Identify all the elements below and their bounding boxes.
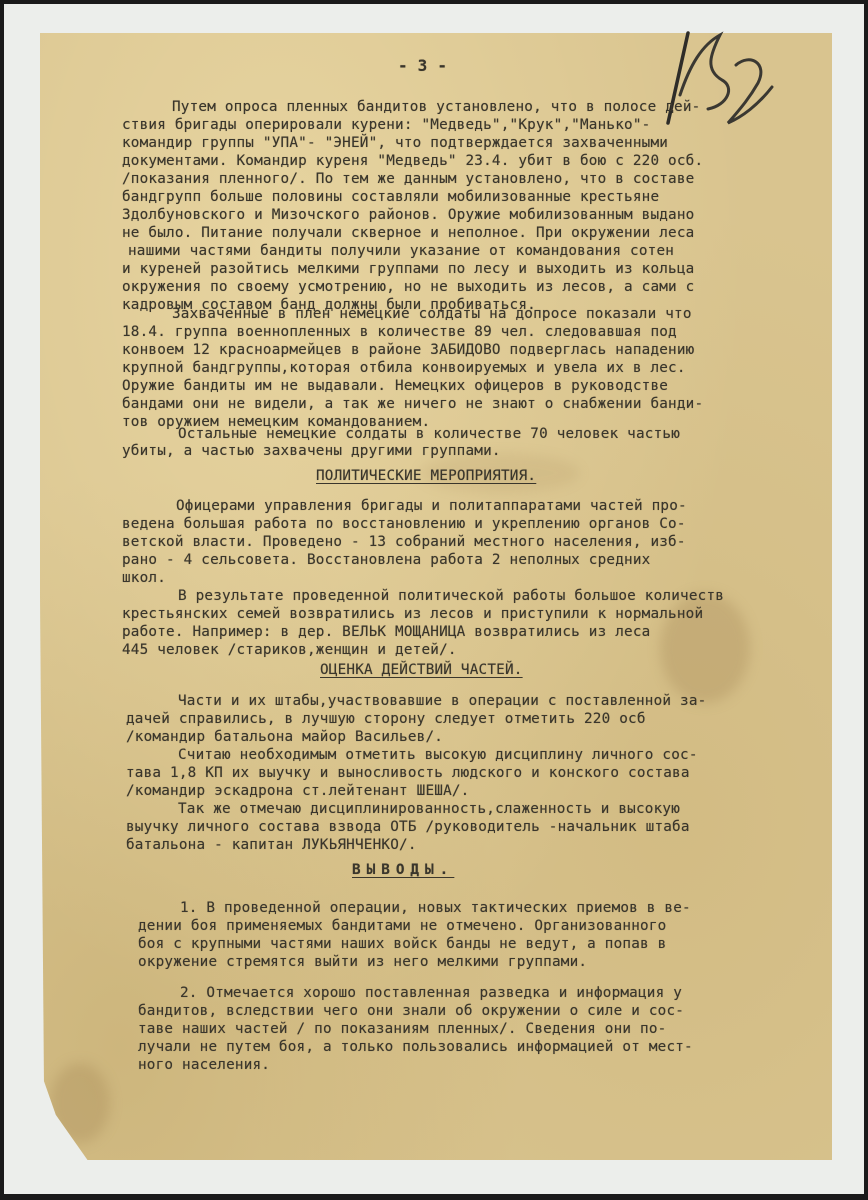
text-line: ветской власти. Проведено - 13 собраний … xyxy=(122,534,686,550)
text-line: Захваченные в плен немецкие солдаты на д… xyxy=(172,306,692,322)
text-line: бандами они не видели, а так же ничего н… xyxy=(122,396,703,412)
text-line: дачей справились, в лучшую сторону следу… xyxy=(126,711,646,727)
text-line: ного населения. xyxy=(138,1057,270,1073)
text-line: Путем опроса пленных бандитов установлен… xyxy=(172,99,700,115)
text-line: тава 1,8 КП их выучку и выносливость люд… xyxy=(126,765,690,781)
text-line: ствия бригады оперировали курени: "Медве… xyxy=(122,117,650,133)
text-line: бандитов, вследствии чего они знали об о… xyxy=(138,1003,684,1019)
text-line: окружение стремятся выйти из него мелким… xyxy=(138,954,587,970)
text-line: документами. Командир куреня "Медведь" 2… xyxy=(122,153,703,169)
text-line: крестьянских семей возвратились из лесов… xyxy=(122,606,703,622)
section-heading-political: ПОЛИТИЧЕСКИЕ МЕРОПРИЯТИЯ. xyxy=(316,468,536,484)
section-heading-assessment: ОЦЕНКА ДЕЙСТВИЙ ЧАСТЕЙ. xyxy=(320,662,523,678)
text-line: окружения по своему усмотрению, но не вы… xyxy=(122,279,694,295)
text-line: Офицерами управления бригады и политаппа… xyxy=(176,498,687,514)
text-line: Считаю необходимым отметить высокую дисц… xyxy=(178,747,698,763)
text-line: школ. xyxy=(122,570,166,586)
page-number: - 3 - xyxy=(398,58,447,74)
text-line: батальона - капитан ЛУКЬЯНЧЕНКО/. xyxy=(126,837,417,853)
text-line: крупной бандгруппы,которая отбила конвои… xyxy=(122,360,686,376)
text-line: бандгрупп больше половины составляли моб… xyxy=(122,189,659,205)
text-line: Так же отмечаю дисциплинированность,слаж… xyxy=(178,801,680,817)
text-line: конвоем 12 красноармейцев в районе ЗАБИД… xyxy=(122,342,694,358)
text-line: /командир эскадрона ст.лейтенант ШЕША/. xyxy=(126,783,470,799)
text-line: выучку личного состава взвода ОТБ /руков… xyxy=(126,819,690,835)
text-line: боя с крупными частями наших войск банды… xyxy=(138,936,666,952)
text-line: командир группы "УПА"- "ЭНЕЙ", что подтв… xyxy=(122,135,668,151)
text-line: не было. Питание получали скверное и неп… xyxy=(122,225,694,241)
text-line: лучали не путем боя, а только пользовали… xyxy=(138,1039,693,1055)
text-line: Оружие бандиты им не выдавали. Немецких … xyxy=(122,378,668,394)
text-line: и куреней разойтись мелкими группами по … xyxy=(122,261,694,277)
text-line: ведена большая работа по восстановлению … xyxy=(122,516,686,532)
text-line: 1. В проведенной операции, новых тактиче… xyxy=(180,900,691,916)
typewritten-text: - 3 - Путем опроса пленных бандитов уста… xyxy=(0,0,868,1200)
text-line: /командир батальона майор Васильев/. xyxy=(126,729,443,745)
text-line: 18.4. группа военнопленных в количестве … xyxy=(122,324,677,340)
text-line: Здолбуновского и Мизочского районов. Ору… xyxy=(122,207,694,223)
text-line: работе. Например: в дер. ВЕЛЬК МОЩАНИЦА … xyxy=(122,624,650,640)
text-line: дении боя применяемых бандитами не отмеч… xyxy=(138,918,666,934)
section-heading-conclusions: ВЫВОДЫ. xyxy=(352,862,454,878)
text-line: нашими частями бандиты получили указание… xyxy=(128,243,674,259)
text-line: /показания пленного/. По тем же данным у… xyxy=(122,171,694,187)
text-line: Остальные немецкие солдаты в количестве … xyxy=(178,426,680,442)
text-line: Части и их штабы,участвовавшие в операци… xyxy=(178,693,706,709)
text-line: убиты, а частью захвачены другими группа… xyxy=(122,443,501,459)
text-line: 445 человек /стариков,женщин и детей/. xyxy=(122,642,457,658)
text-line: 2. Отмечается хорошо поставленная развед… xyxy=(180,985,682,1001)
text-line: рано - 4 сельсовета. Восстановлена работ… xyxy=(122,552,650,568)
text-line: В результате проведенной политической ра… xyxy=(178,588,724,604)
text-line: таве наших частей / по показаниям пленны… xyxy=(138,1021,666,1037)
